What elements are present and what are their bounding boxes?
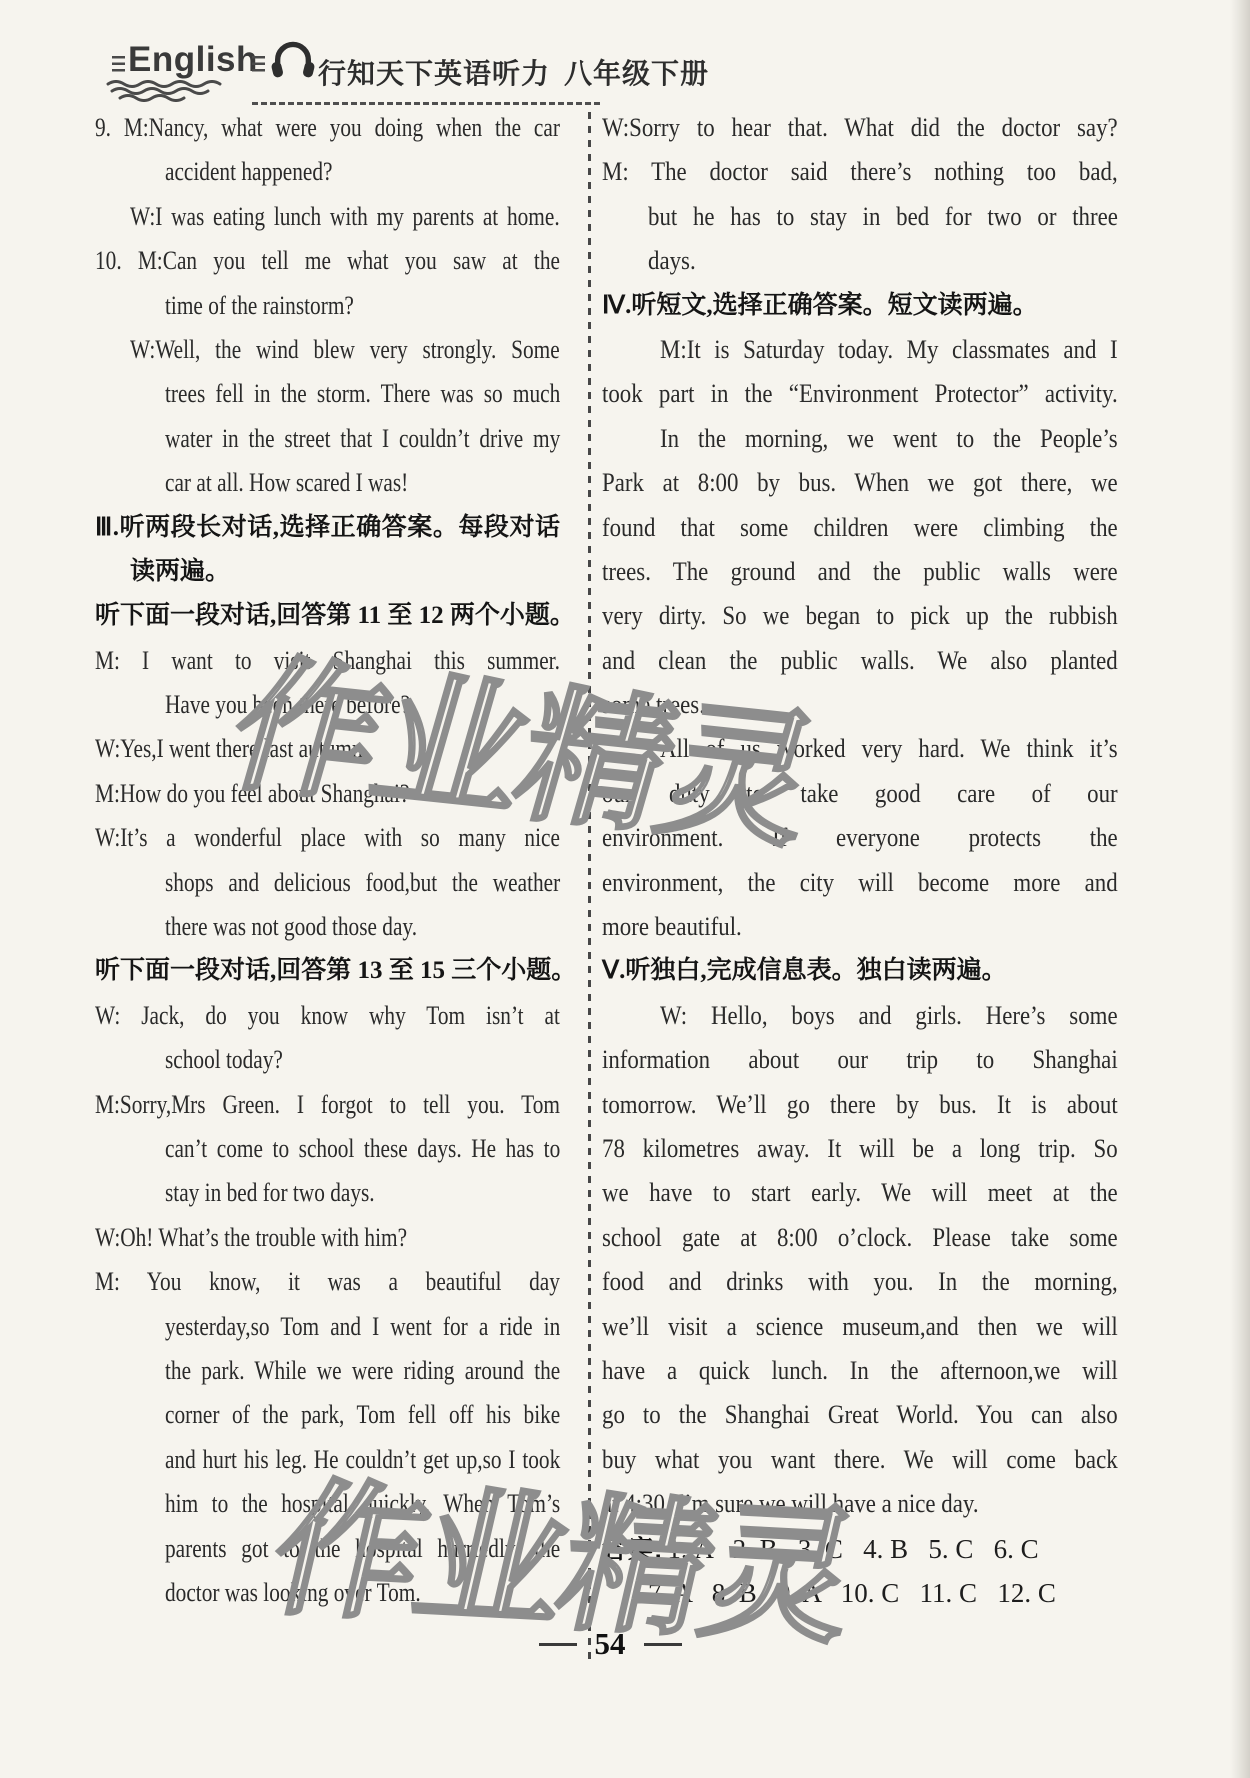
page-title: 行知天下英语听力八年级下册 (318, 52, 709, 92)
transcript-line: Park at 8:00 by bus. When we got there, … (602, 461, 1118, 505)
transcript-line: there was not good those day. (165, 905, 560, 949)
transcript-line: W:It’s a wonderful place with so many ni… (95, 816, 560, 860)
instruction-line: Ⅴ.听独白,完成信息表。独白读两遍。 (602, 949, 1118, 993)
instruction-line: 读两遍。 (130, 550, 595, 594)
transcript-line: W:Yes,I went there last autumn. (95, 727, 560, 771)
transcript-line: M: You know, it was a beautiful day (95, 1260, 560, 1304)
transcript-line: school gate at 8:00 o’clock. Please take… (602, 1216, 1118, 1260)
transcript-line: we’ll visit a science museum,and then we… (602, 1305, 1118, 1349)
transcript-line: time of the rainstorm? (165, 284, 560, 328)
transcript-line: found that some children were climbing t… (602, 506, 1118, 550)
transcript-line: M:It is Saturday today. My classmates an… (660, 328, 1118, 372)
transcript-line: 78 kilometres away. It will be a long tr… (602, 1127, 1118, 1171)
transcript-line: our duty to take good care of our (602, 772, 1118, 816)
transcript-line: W:I was eating lunch with my parents at … (130, 195, 560, 239)
transcript-line: parents got to the hospital hurriedly, t… (165, 1527, 560, 1571)
transcript-line: took part in the “Environment Protector”… (602, 372, 1118, 416)
transcript-line: school today? (165, 1038, 560, 1082)
transcript-line: at 4:30. I’m sure we will have a nice da… (602, 1482, 1118, 1526)
logo-waves-icon (106, 80, 236, 107)
transcript-line: 9. M:Nancy, what were you doing when the… (95, 106, 560, 150)
transcript-line: M:Sorry,Mrs Green. I forgot to tell you.… (95, 1083, 560, 1127)
transcript-line: food and drinks with you. In the morning… (602, 1260, 1118, 1304)
transcript-line: but he has to stay in bed for two or thr… (648, 195, 1118, 239)
transcript-line: W: Hello, boys and girls. Here’s some (660, 994, 1118, 1038)
answers-values: 1. A 2. B 3. C 4. B 5. C 6. C (667, 1534, 1038, 1564)
transcript-line: In the morning, we went to the People’s (660, 417, 1118, 461)
transcript-line: car at all. How scared I was! (165, 461, 560, 505)
transcript-line: corner of the park, Tom fell off his bik… (165, 1393, 560, 1437)
transcript-line: tomorrow. We’ll go there by bus. It is a… (602, 1083, 1118, 1127)
logo-english: English (128, 40, 258, 80)
transcript-line: and clean the public walls. We also plan… (602, 639, 1118, 683)
logo-flank-right-icon (252, 56, 265, 72)
transcript-line: him to the hospital quickly. When Tom’s (165, 1482, 560, 1526)
transcript-line: we have to start early. We will meet at … (602, 1171, 1118, 1215)
transcript-line: yesterday,so Tom and I went for a ride i… (165, 1305, 560, 1349)
transcript-line: W:Oh! What’s the trouble with him? (95, 1216, 560, 1260)
transcript-line: trees. The ground and the public walls w… (602, 550, 1118, 594)
page-number-value: 54 (595, 1626, 626, 1662)
instruction-line: 听下面一段对话,回答第 13 至 15 三个小题。 (95, 949, 560, 993)
headphones-icon (270, 36, 316, 87)
transcript-line: W: Jack, do you know why Tom isn’t at (95, 994, 560, 1038)
page-edge-shading (1230, 0, 1250, 1778)
book-title: 行知天下英语听力 (318, 58, 550, 89)
scanned-book-page: English 行知天下英语听力八年级下册 9. M:Nancy, what w… (0, 0, 1250, 1778)
answer-line: 7. A 8. B 9. A 10. C 11. C 12. C (648, 1571, 1164, 1615)
book-grade-subtitle: 八年级下册 (564, 58, 709, 89)
transcript-line: more beautiful. (602, 905, 1118, 949)
transcript-line: some trees. (602, 683, 1118, 727)
transcript-line: go to the Shanghai Great World. You can … (602, 1393, 1118, 1437)
transcript-line: All of us worked very hard. We think it’… (660, 727, 1118, 771)
transcript-line: environment, the city will become more a… (602, 861, 1118, 905)
instruction-line: 听下面一段对话,回答第 11 至 12 两个小题。 (95, 594, 560, 638)
transcript-line: can’t come to school these days. He has … (165, 1127, 560, 1171)
page-number-dash-left (539, 1643, 577, 1646)
page-number: 54 (515, 1622, 705, 1666)
answer-line: 答案:1. A 2. B 3. C 4. B 5. C 6. C (602, 1527, 1118, 1571)
right-column: W:Sorry to hear that. What did the docto… (602, 106, 1250, 1615)
page-number-dash-right (644, 1643, 682, 1646)
transcript-line: shops and delicious food,but the weather (165, 861, 560, 905)
instruction-line: Ⅲ.听两段长对话,选择正确答案。每段对话 (95, 506, 560, 550)
transcript-line: doctor was looking over Tom. (165, 1571, 560, 1615)
transcript-line: days. (648, 239, 1118, 283)
title-dashed-underline (252, 102, 600, 105)
transcript-line: W:Sorry to hear that. What did the docto… (602, 106, 1118, 150)
transcript-line: have a quick lunch. In the afternoon,we … (602, 1349, 1118, 1393)
logo-flank-left-icon (112, 56, 125, 72)
transcript-line: M: I want to visit Shanghai this summer. (95, 639, 560, 683)
transcript-line: stay in bed for two days. (165, 1171, 560, 1215)
answers-label: 答案: (602, 1536, 663, 1564)
transcript-line: Have you been there before? (165, 683, 560, 727)
transcript-line: M:How do you feel about Shanghai? (95, 772, 560, 816)
transcript-line: M: The doctor said there’s nothing too b… (602, 150, 1118, 194)
transcript-line: buy what you want there. We will come ba… (602, 1438, 1118, 1482)
instruction-line: Ⅳ.听短文,选择正确答案。短文读两遍。 (602, 284, 1118, 328)
transcript-line: trees fell in the storm. There was so mu… (165, 372, 560, 416)
transcript-line: information about our trip to Shanghai (602, 1038, 1118, 1082)
transcript-line: 10. M:Can you tell me what you saw at th… (95, 239, 560, 283)
transcript-line: the park. While we were riding around th… (165, 1349, 560, 1393)
transcript-line: water in the street that I couldn’t driv… (165, 417, 560, 461)
transcript-line: accident happened? (165, 150, 560, 194)
transcript-line: and hurt his leg. He couldn’t get up,so … (165, 1438, 560, 1482)
transcript-line: W:Well, the wind blew very strongly. Som… (130, 328, 560, 372)
transcript-line: very dirty. So we began to pick up the r… (602, 594, 1118, 638)
transcript-line: environment. If everyone protects the (602, 816, 1118, 860)
